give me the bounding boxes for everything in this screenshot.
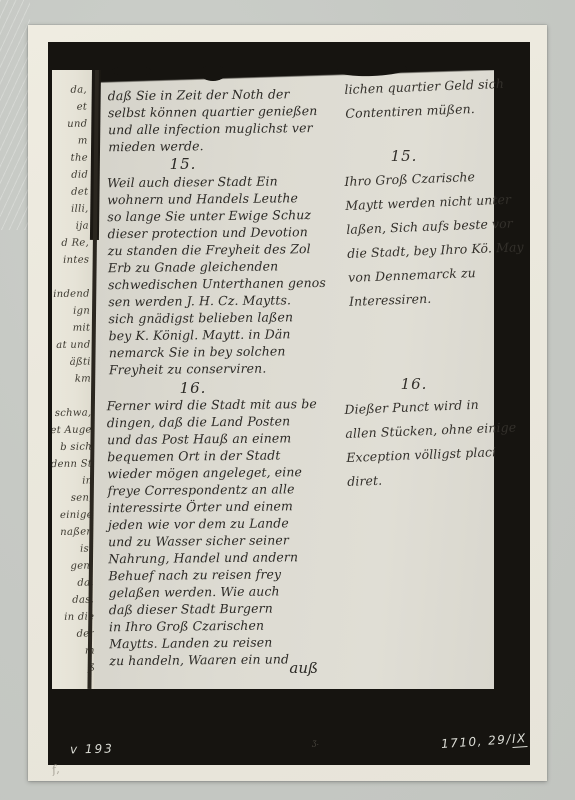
- manuscript-line: zu standen die Freyheit des Zol: [108, 240, 346, 259]
- manuscript-line: et: [52, 99, 87, 117]
- margin-section-15-heading: 15.: [344, 146, 464, 166]
- manuscript-line: ija: [52, 218, 89, 236]
- manuscript-line: [52, 269, 90, 287]
- section-15-heading: 15.: [108, 154, 258, 174]
- manuscript-line: in: [52, 473, 93, 491]
- catchword: auß: [108, 658, 346, 678]
- manuscript-line: Contentiren müßen.: [345, 96, 508, 126]
- margin-intro-note: lichen quartier Geld sichContentiren müß…: [344, 72, 508, 126]
- manuscript-line: illi,: [52, 201, 89, 219]
- section-15-paragraph: Weil auch dieser Stadt Einwohnern und Ha…: [107, 172, 347, 378]
- manuscript-line: did: [52, 167, 88, 185]
- manuscript-line: at und: [52, 337, 91, 355]
- manuscript-line: mit: [52, 320, 90, 338]
- manuscript-page: da,etundmthediddetilli,ijad Re,intes ind…: [52, 70, 494, 689]
- manuscript-line: Ferner wird die Stadt mit aus be: [107, 395, 345, 414]
- section-16-paragraph: Ferner wird die Stadt mit aus bedingen, …: [107, 395, 348, 669]
- manuscript-line: sen,: [52, 490, 93, 508]
- main-text-column: daß Sie in Zeit der Noth derselbst könne…: [108, 70, 346, 689]
- main-intro-paragraph: daß Sie in Zeit der Noth derselbst könne…: [108, 85, 347, 155]
- manuscript-line: einige: [52, 507, 93, 525]
- margin-section-16-note: Dießer Punct wird inallen Stücken, ohne …: [344, 392, 510, 494]
- manuscript-line: det: [52, 184, 89, 202]
- mount-scuff-texture: [0, 0, 30, 230]
- manuscript-line: et Auge: [52, 422, 92, 440]
- manuscript-line: intes: [52, 252, 89, 270]
- photo-print: da,etundmthediddetilli,ijad Re,intes ind…: [28, 25, 547, 781]
- manuscript-line: da,: [52, 82, 87, 100]
- manuscript-line: d Re,: [52, 235, 89, 253]
- date-label-month: IX: [512, 731, 528, 748]
- manuscript-line: naßen: [52, 524, 93, 542]
- manuscript-line: äßti: [52, 354, 91, 372]
- manuscript-line: indend: [52, 286, 90, 304]
- manuscript-line: m: [52, 133, 88, 151]
- manuscript-line: schwedischen Unterthanen genos: [108, 274, 346, 293]
- manuscript-line: Interessiren.: [349, 284, 512, 314]
- manuscript-line: ign: [52, 303, 90, 321]
- manuscript-line: b sich: [52, 439, 92, 457]
- manuscript-line: so lange Sie unter Ewige Schuz: [107, 206, 345, 225]
- manuscript-line: mieden werde.: [108, 136, 346, 155]
- ink-smudge: ʒ.: [312, 738, 319, 747]
- manuscript-line: Freyheit zu conserviren.: [109, 359, 347, 378]
- manuscript-line: und alle infection muglichst ver: [108, 119, 346, 138]
- margin-section-15-note: Ihro Groß CzarischeMaytt werden nicht un…: [344, 164, 511, 314]
- manuscript-line: gen,: [52, 558, 94, 576]
- gray-mount: da,etundmthediddetilli,ijad Re,intes ind…: [0, 0, 575, 800]
- manuscript-line: [52, 388, 91, 406]
- manuscript-line: schwa,: [52, 405, 92, 423]
- manuscript-line: km: [52, 371, 91, 389]
- margin-annotation-column: lichen quartier Geld sichContentiren müß…: [344, 70, 506, 689]
- photo-black-frame: da,etundmthediddetilli,ijad Re,intes ind…: [48, 42, 530, 765]
- manuscript-line: denn St: [52, 456, 92, 474]
- archive-number-label: v 193: [70, 741, 114, 758]
- manuscript-line: und: [52, 116, 88, 134]
- manuscript-line: ist: [52, 541, 93, 559]
- manuscript-line: diret.: [347, 464, 510, 494]
- manuscript-line: the: [52, 150, 88, 168]
- margin-section-16-heading: 16.: [344, 374, 484, 394]
